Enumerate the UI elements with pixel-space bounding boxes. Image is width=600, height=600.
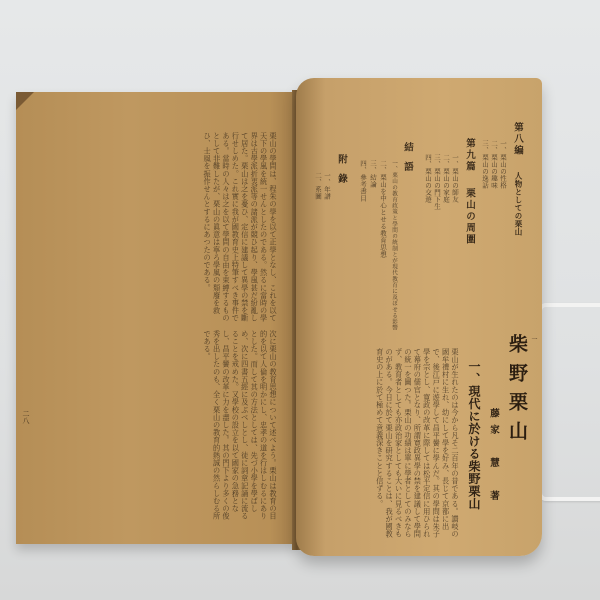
toc-item: 二、栗山を中心とせる教育思想 [380,160,387,258]
wire-book-stand [538,303,600,501]
left-page-body-upper: 栗山の學問は、程朱の學を以て正學となし、これを以て天下の學風を統一せんとしたので… [28,132,278,322]
left-page-body-lower: 次に栗山の教育思想について述べよう。栗山は教育の目的を以て人倫を明かにし、忠孝の… [28,330,278,520]
left-page: 栗山の學問は、程朱の學を以て正學となし、これを以て天下の學風を統一せんとしたので… [16,92,298,544]
toc-item: 一、年譜 [324,172,331,200]
toc-item: 三、栗山の門下生 [434,154,441,210]
toc-chapter9-title: 栗山の周圍 [465,188,475,246]
toc-item: 一、栗山の教育政策と學問の統制とが現代教育に及ぼせる影響 [390,160,396,331]
toc-item: 四、參考書目 [360,160,367,202]
toc-item: 二、系圖 [315,172,322,200]
page-corner-fold [16,92,34,110]
toc-item: 二、栗山の家庭 [443,154,450,203]
article-title: 柴野栗山 [507,334,526,450]
section-title: 一、現代に於ける柴野栗山 [468,360,480,510]
toc-item: 二、栗山の趣味 [491,140,498,189]
toc-chapter8-heading: 第八編 [513,122,523,157]
toc-chapter9-heading: 第九篇 [465,138,475,173]
toc-conclusion-heading: 結語 [403,142,413,181]
toc-appendix-heading: 附錄 [337,154,347,193]
toc-item: 一、栗山の師友 [452,154,459,203]
right-page: 第八編 人物としての栗山 一、栗山の性格 二、栗山の趣味 三、栗山の逸話 第九篇… [296,78,542,556]
toc-item: 三、栗山の逸話 [482,140,489,189]
series-number: 一 [530,336,536,342]
toc-chapter8-title: 人物としての栗山 [515,172,523,236]
toc-item: 三、結論 [370,160,377,188]
article-author: 藤家 慧 著 [489,408,499,507]
toc-item: 一、栗山の性格 [500,140,507,189]
left-page-number: 二八 [22,410,29,424]
toc-item: 四、栗山の交遊 [425,154,432,203]
article-body: 栗山が生れたのは今から凡そ二百年の昔である。讃岐の國牟禮村に生れ、幼にして學を好… [308,348,460,538]
